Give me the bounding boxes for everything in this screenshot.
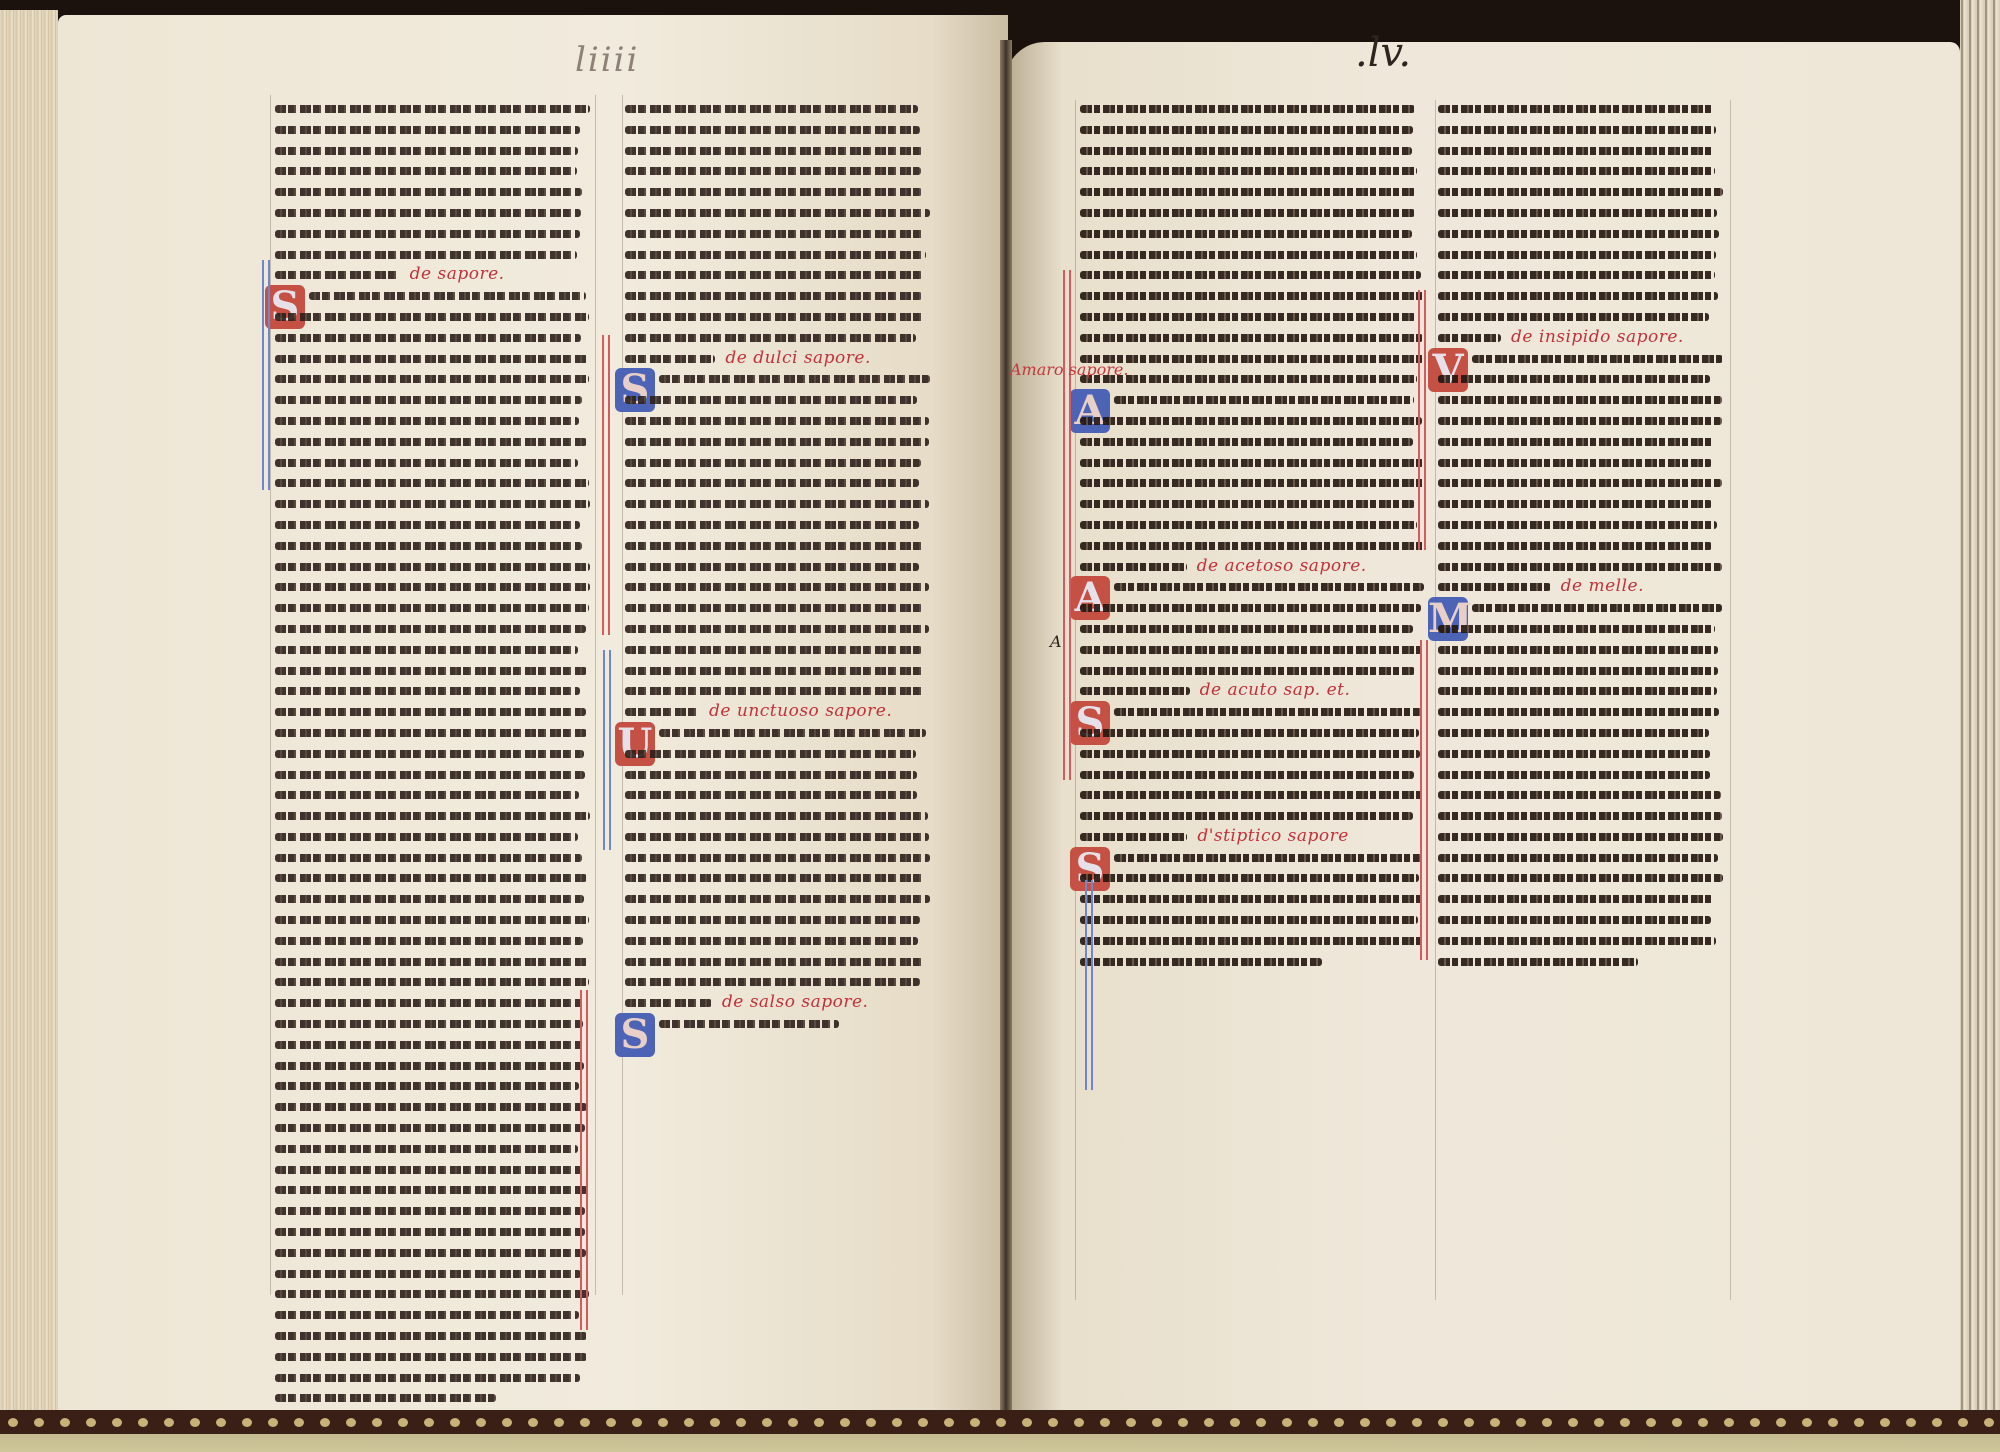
text-line	[275, 370, 595, 388]
script-ink	[1438, 812, 1722, 820]
text-line	[1080, 869, 1430, 887]
text-line	[625, 890, 935, 908]
script-ink	[275, 916, 589, 924]
script-ink	[275, 625, 586, 633]
text-line	[275, 1161, 595, 1179]
text-line	[275, 1285, 595, 1303]
text-line	[625, 204, 935, 222]
script-ink	[625, 396, 917, 404]
text-line: S	[275, 287, 595, 305]
text-line: de sapore.	[275, 266, 595, 284]
script-ink	[275, 1353, 587, 1361]
script-ink	[1438, 334, 1501, 342]
script-ink	[625, 521, 919, 529]
script-ink	[1438, 438, 1714, 446]
headband-bead	[294, 1418, 304, 1427]
headband-bead	[866, 1418, 876, 1427]
script-ink	[625, 230, 924, 238]
book-gutter	[1000, 40, 1012, 1420]
headband-bead	[996, 1418, 1006, 1427]
script-ink	[625, 167, 921, 175]
text-line	[275, 1077, 595, 1095]
text-line	[275, 641, 595, 659]
penwork-flourish	[602, 335, 610, 635]
text-line	[625, 100, 935, 118]
headband-bead	[658, 1418, 668, 1427]
headband-bead	[8, 1418, 18, 1427]
text-line	[1438, 766, 1728, 784]
headband-bead	[1048, 1418, 1058, 1427]
script-ink	[1080, 479, 1425, 487]
script-ink	[275, 687, 580, 695]
headband-bead	[632, 1418, 642, 1427]
text-line	[275, 578, 595, 596]
script-ink	[625, 542, 924, 550]
script-ink	[1080, 542, 1425, 550]
text-line	[625, 828, 935, 846]
script-ink	[275, 1249, 586, 1257]
text-line	[275, 516, 595, 534]
script-ink	[1438, 563, 1722, 571]
text-line	[1080, 308, 1430, 326]
text-line	[625, 620, 935, 638]
text-line	[625, 474, 935, 492]
script-ink	[275, 1082, 579, 1090]
script-ink	[625, 334, 916, 342]
script-ink	[275, 375, 589, 383]
rubric-heading: de melle.	[1561, 576, 1644, 596]
script-ink	[275, 230, 580, 238]
text-line	[275, 1119, 595, 1137]
script-ink	[1438, 479, 1722, 487]
text-line	[275, 1181, 595, 1199]
script-ink	[275, 895, 584, 903]
headband-bead	[1984, 1418, 1994, 1427]
headband-bead	[86, 1418, 96, 1427]
text-line: de melle.	[1438, 578, 1728, 596]
text-line	[275, 433, 595, 451]
script-ink	[659, 729, 926, 737]
text-line	[275, 890, 595, 908]
headband-bead	[1152, 1418, 1162, 1427]
text-line	[275, 204, 595, 222]
script-ink	[1438, 667, 1718, 675]
text-line	[275, 1327, 595, 1345]
headband-bead	[424, 1418, 434, 1427]
text-line	[1080, 266, 1430, 284]
text-line	[1438, 225, 1728, 243]
script-ink	[275, 188, 582, 196]
script-ink	[275, 563, 590, 571]
text-line: S	[625, 1015, 935, 1033]
headband-bead	[164, 1418, 174, 1427]
decorated-initial: S	[615, 1013, 655, 1057]
text-line	[1080, 474, 1430, 492]
script-ink	[1438, 937, 1716, 945]
script-ink	[1438, 771, 1710, 779]
headband-bead	[1594, 1418, 1604, 1427]
headband-bead	[892, 1418, 902, 1427]
headband-bead	[320, 1418, 330, 1427]
text-line	[625, 911, 935, 929]
script-ink	[1472, 604, 1722, 612]
text-line	[275, 495, 595, 513]
headband-bead	[1204, 1418, 1214, 1427]
headband-bead	[60, 1418, 70, 1427]
script-ink	[1438, 750, 1710, 758]
text-line	[625, 516, 935, 534]
headband-bead	[1022, 1418, 1032, 1427]
headband-bead	[814, 1418, 824, 1427]
text-line: S	[1080, 849, 1430, 867]
script-ink	[1438, 459, 1712, 467]
script-ink	[625, 750, 916, 758]
text-line	[1438, 433, 1728, 451]
text-line	[625, 558, 935, 576]
script-ink	[275, 874, 587, 882]
script-ink	[275, 209, 581, 217]
text-line	[275, 786, 595, 804]
script-ink	[1080, 500, 1415, 508]
script-ink	[1438, 375, 1710, 383]
headband-bead	[1516, 1418, 1526, 1427]
headband-bead	[1724, 1418, 1734, 1427]
script-ink	[275, 105, 590, 113]
script-ink	[275, 1394, 496, 1402]
headband-bead	[1386, 1418, 1396, 1427]
script-ink	[275, 750, 584, 758]
text-line	[1438, 641, 1728, 659]
right-page-column-1: Ade acetoso sapore.Ade acuto sap. et.Sd'…	[1080, 100, 1430, 973]
text-line	[1438, 662, 1728, 680]
headband-bead	[372, 1418, 382, 1427]
text-line	[1080, 641, 1430, 659]
text-line	[625, 162, 935, 180]
text-line	[275, 225, 595, 243]
text-line	[1438, 703, 1728, 721]
script-ink	[275, 1374, 580, 1382]
text-line	[1438, 287, 1728, 305]
script-ink	[1080, 355, 1424, 363]
script-ink	[1438, 646, 1718, 654]
headband-bead	[1100, 1418, 1110, 1427]
script-ink	[1080, 687, 1190, 695]
script-ink	[625, 126, 920, 134]
text-line	[275, 1348, 595, 1366]
text-line	[275, 1057, 595, 1075]
text-line	[1080, 454, 1430, 472]
script-ink	[275, 334, 581, 342]
penwork-flourish	[580, 990, 588, 1330]
text-line: V	[1438, 350, 1728, 368]
script-ink	[625, 687, 925, 695]
text-line	[275, 620, 595, 638]
script-ink	[1438, 167, 1715, 175]
script-ink	[625, 708, 699, 716]
text-line	[1080, 350, 1430, 368]
script-ink	[1080, 105, 1415, 113]
headband-bead	[710, 1418, 720, 1427]
script-ink	[625, 791, 917, 799]
text-line	[1438, 828, 1728, 846]
script-ink	[275, 355, 588, 363]
text-line	[1438, 121, 1728, 139]
text-line	[625, 495, 935, 513]
headband-bead	[1906, 1418, 1916, 1427]
text-line	[625, 142, 935, 160]
text-line: de dulci sapore.	[625, 350, 935, 368]
text-line	[1438, 849, 1728, 867]
ruling-line	[595, 95, 596, 1295]
script-ink	[1080, 459, 1424, 467]
text-line	[275, 745, 595, 763]
text-line	[275, 162, 595, 180]
script-ink	[1080, 750, 1420, 758]
script-ink	[275, 271, 400, 279]
script-ink	[275, 1290, 589, 1298]
script-ink	[275, 1041, 582, 1049]
text-line	[625, 183, 935, 201]
text-line	[275, 682, 595, 700]
script-ink	[275, 999, 582, 1007]
headband-bead	[788, 1418, 798, 1427]
text-line	[1080, 225, 1430, 243]
script-ink	[275, 1207, 585, 1215]
rubric-heading: de dulci sapore.	[725, 348, 871, 368]
text-line	[1438, 142, 1728, 160]
script-ink	[1438, 188, 1723, 196]
text-line	[625, 412, 935, 430]
text-line	[275, 183, 595, 201]
headband-bead	[606, 1418, 616, 1427]
headband-bead	[1334, 1418, 1344, 1427]
headband-bead	[1568, 1418, 1578, 1427]
headband-bead	[112, 1418, 122, 1427]
script-ink	[625, 978, 920, 986]
script-ink	[1114, 854, 1422, 862]
script-ink	[1080, 604, 1421, 612]
script-ink	[1438, 895, 1713, 903]
script-ink	[625, 916, 920, 924]
script-ink	[625, 271, 923, 279]
script-ink	[275, 791, 579, 799]
script-ink	[625, 937, 918, 945]
text-line	[625, 433, 935, 451]
script-ink	[309, 292, 586, 300]
text-line: M	[1438, 599, 1728, 617]
headband-bead	[762, 1418, 772, 1427]
text-line	[1438, 204, 1728, 222]
headband-bead	[1308, 1418, 1318, 1427]
text-line	[275, 391, 595, 409]
script-ink	[1438, 729, 1709, 737]
penwork-flourish	[1063, 270, 1071, 780]
script-ink	[1080, 147, 1412, 155]
headband-bead	[1412, 1418, 1422, 1427]
text-line	[625, 329, 935, 347]
script-ink	[1080, 729, 1419, 737]
penwork-flourish	[262, 260, 270, 490]
margin-letter: A	[1050, 632, 1062, 652]
text-line	[1438, 162, 1728, 180]
script-ink	[1438, 791, 1721, 799]
text-line	[1080, 745, 1430, 763]
headband-trim	[0, 1410, 2000, 1434]
text-line	[1438, 308, 1728, 326]
script-ink	[275, 438, 587, 446]
script-ink	[625, 313, 925, 321]
script-ink	[275, 583, 590, 591]
text-line	[1080, 100, 1430, 118]
text-line	[1438, 266, 1728, 284]
script-ink	[1080, 563, 1187, 571]
script-ink	[275, 396, 582, 404]
script-ink	[625, 812, 928, 820]
ruling-line	[1730, 100, 1731, 1300]
headband-bead	[190, 1418, 200, 1427]
text-line	[275, 869, 595, 887]
penwork-flourish	[1085, 880, 1093, 1090]
script-ink	[1080, 126, 1413, 134]
script-ink	[275, 126, 580, 134]
text-line	[625, 849, 935, 867]
headband-bead	[476, 1418, 486, 1427]
text-line	[625, 682, 935, 700]
script-ink	[625, 417, 929, 425]
text-line	[1438, 516, 1728, 534]
text-line	[1438, 454, 1728, 472]
script-ink	[275, 521, 580, 529]
script-ink	[1080, 625, 1413, 633]
script-ink	[275, 604, 589, 612]
text-line	[1080, 953, 1430, 971]
script-ink	[1080, 833, 1187, 841]
text-line	[1080, 370, 1430, 388]
left-page-column-2: de dulci sapore.Sde unctuoso sapore.Ude …	[625, 100, 935, 1036]
script-ink	[1438, 687, 1717, 695]
script-ink	[275, 167, 577, 175]
text-line: U	[625, 724, 935, 742]
headband-bead	[1646, 1418, 1656, 1427]
headband-bead	[1074, 1418, 1084, 1427]
text-line	[275, 558, 595, 576]
script-ink	[1080, 771, 1414, 779]
headband-bead	[1698, 1418, 1708, 1427]
text-line: de acuto sap. et.	[1080, 682, 1430, 700]
text-line	[1080, 329, 1430, 347]
script-ink	[1438, 500, 1712, 508]
text-line	[1080, 766, 1430, 784]
script-ink	[1080, 188, 1416, 196]
script-ink	[1438, 396, 1722, 404]
text-line	[1438, 183, 1728, 201]
rubric-heading: d'stiptico sapore	[1197, 826, 1349, 846]
text-line	[625, 786, 935, 804]
script-ink	[625, 583, 929, 591]
text-line	[1438, 745, 1728, 763]
script-ink	[659, 375, 930, 383]
headband-bead	[1828, 1418, 1838, 1427]
left-page-column-1: de sapore.S	[275, 100, 595, 1410]
script-ink	[1438, 958, 1638, 966]
text-line	[625, 662, 935, 680]
text-line	[1438, 391, 1728, 409]
headband-bead	[1932, 1418, 1942, 1427]
script-ink	[275, 937, 583, 945]
text-line	[275, 973, 595, 991]
text-line	[275, 100, 595, 118]
text-line	[625, 308, 935, 326]
right-page-edges	[1960, 0, 2000, 1420]
script-ink	[1438, 251, 1716, 259]
text-line: de insipido sapore.	[1438, 329, 1728, 347]
penwork-flourish	[603, 650, 611, 850]
text-line	[275, 121, 595, 139]
script-ink	[625, 854, 930, 862]
script-ink	[275, 646, 578, 654]
script-ink	[275, 1228, 585, 1236]
rubric-heading: de acuto sap. et.	[1200, 680, 1351, 700]
text-line: d'stiptico sapore	[1080, 828, 1430, 846]
text-line	[1438, 495, 1728, 513]
text-line	[1080, 287, 1430, 305]
script-ink	[275, 1186, 588, 1194]
script-ink	[275, 1166, 582, 1174]
text-line	[1080, 724, 1430, 742]
script-ink	[275, 1332, 587, 1340]
headband-bead	[918, 1418, 928, 1427]
script-ink	[275, 479, 589, 487]
script-ink	[1438, 625, 1715, 633]
left-page-edges	[0, 10, 58, 1420]
text-line	[625, 766, 935, 784]
text-line	[1080, 537, 1430, 555]
script-ink	[1438, 292, 1718, 300]
text-line	[1438, 953, 1728, 971]
text-line	[625, 973, 935, 991]
text-line	[1080, 204, 1430, 222]
text-line	[1438, 682, 1728, 700]
text-line	[1438, 620, 1728, 638]
ruling-line	[622, 95, 623, 1295]
script-ink	[625, 500, 929, 508]
script-ink	[275, 313, 589, 321]
text-line	[625, 121, 935, 139]
script-ink	[1080, 646, 1422, 654]
script-ink	[275, 854, 582, 862]
text-line	[275, 599, 595, 617]
script-ink	[1080, 251, 1417, 259]
script-ink	[1438, 874, 1723, 882]
text-line	[1438, 412, 1728, 430]
text-line	[625, 225, 935, 243]
script-ink	[625, 209, 930, 217]
text-line	[275, 1265, 595, 1283]
script-ink	[275, 1145, 578, 1153]
script-ink	[275, 1020, 583, 1028]
margin-note: Amaro sapore.	[1010, 360, 1128, 380]
script-ink	[275, 542, 582, 550]
script-ink	[625, 999, 712, 1007]
text-line: de salso sapore.	[625, 994, 935, 1012]
text-line	[275, 350, 595, 368]
script-ink	[1080, 417, 1422, 425]
script-ink	[275, 833, 578, 841]
text-line	[275, 412, 595, 430]
text-line	[625, 454, 935, 472]
script-ink	[275, 771, 585, 779]
script-ink	[1438, 542, 1712, 550]
